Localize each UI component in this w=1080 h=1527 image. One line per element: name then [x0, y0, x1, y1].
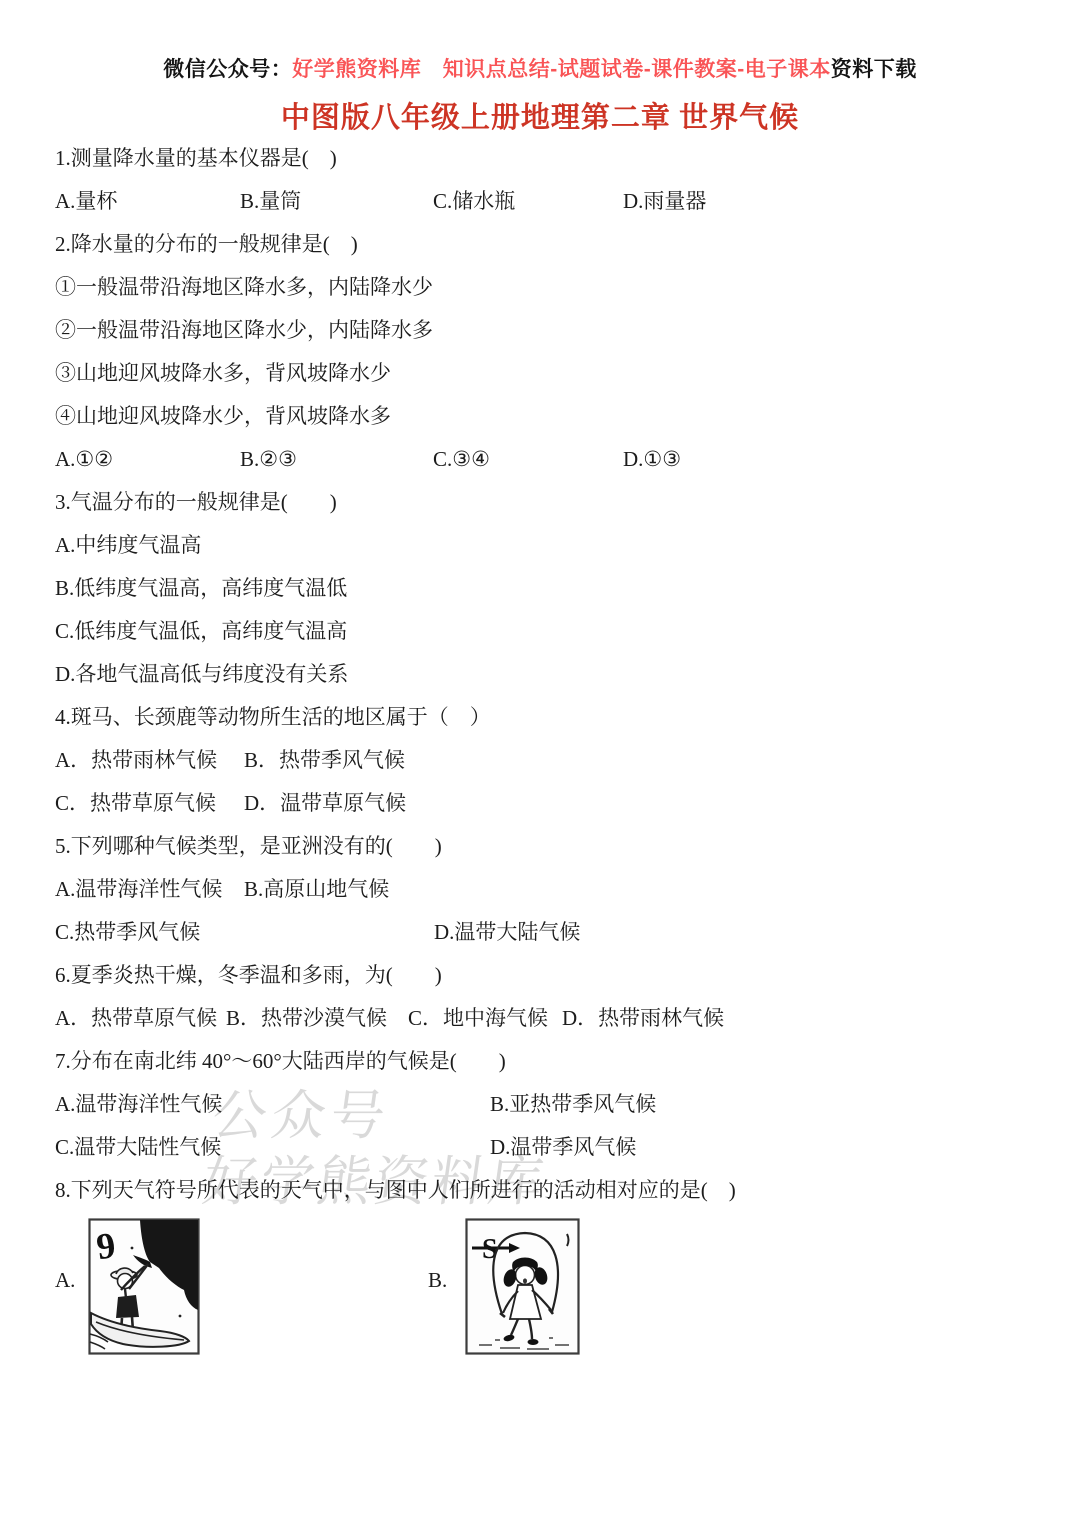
question-1-stem: 1.测量降水量的基本仪器是( ): [55, 137, 1055, 180]
question-2-stem: 2.降水量的分布的一般规律是( ): [55, 223, 1055, 266]
question-1-option-c: C.储水瓶: [433, 180, 515, 223]
question-5-option-c: C.热带季风气候: [55, 911, 200, 954]
question-5-option-a: A.温带海洋性气候: [55, 868, 222, 911]
question-3-stem: 3.气温分布的一般规律是( ): [55, 481, 1055, 524]
question-1-option-a: A.量杯: [55, 180, 117, 223]
question-7-option-d: D.温带季风气候: [490, 1126, 636, 1169]
question-6-stem: 6.夏季炎热干燥，冬季温和多雨，为( ): [55, 954, 1055, 997]
question-4-option-b: B．热带季风气候: [244, 739, 405, 782]
page-title: 中图版八年级上册地理第二章 世界气候: [0, 95, 1080, 136]
question-5-stem: 5.下列哪种气候类型，是亚洲没有的( ): [55, 825, 1055, 868]
figure-a-typhoon-symbol-boating-illustration: 9: [88, 1218, 200, 1355]
question-4-option-d: D．温带草原气候: [244, 782, 406, 825]
question-1-options-row: A.量杯 B.量筒 C.储水瓶 D.雨量器: [55, 180, 1055, 223]
question-3-option-a: A.中纬度气温高: [55, 524, 1055, 567]
sandstorm-weather-figure-svg: S: [465, 1218, 580, 1355]
question-3-option-c: C.低纬度气温低，高纬度气温高: [55, 610, 1055, 653]
promo-header-suffix: 资料下载: [831, 58, 917, 81]
question-4-options-row-1: A．热带雨林气候 B．热带季风气候: [55, 739, 1055, 782]
question-1-option-b: B.量筒: [240, 180, 301, 223]
question-4-option-a: A．热带雨林气候: [55, 739, 217, 782]
question-6-option-b: B．热带沙漠气候: [226, 997, 387, 1040]
question-3-option-d: D.各地气温高低与纬度没有关系: [55, 653, 1055, 696]
question-2-statement-3: ③山地迎风坡降水多，背风坡降水少: [55, 352, 1055, 395]
question-2-options-row: A.①② B.②③ C.③④ D.①③: [55, 438, 1055, 481]
question-7-option-c: C.温带大陆性气候: [55, 1126, 221, 1169]
question-list: 1.测量降水量的基本仪器是( ) A.量杯 B.量筒 C.储水瓶 D.雨量器 2…: [55, 137, 1055, 1212]
question-4-stem: 4.斑马、长颈鹿等动物所生活的地区属于（ ）: [55, 696, 1055, 739]
question-6-option-d: D．热带雨林气候: [562, 997, 724, 1040]
question-2-option-b: B.②③: [240, 438, 297, 481]
worksheet-page: 微信公众号：好学熊资料库 知识点总结-试题试卷-课件教案-电子课本资料下载 中图…: [0, 0, 1080, 1527]
question-8-figure-a-label: A.: [55, 1268, 75, 1293]
question-2-statement-1: ①一般温带沿海地区降水多，内陆降水少: [55, 266, 1055, 309]
question-1-option-d: D.雨量器: [623, 180, 706, 223]
figure-b-sandstorm-symbol-jump-rope-illustration: S: [465, 1218, 580, 1355]
question-6-option-a: A．热带草原气候: [55, 997, 217, 1040]
promo-header-red-text: 好学熊资料库 知识点总结-试题试卷-课件教案-电子课本: [292, 58, 830, 81]
typhoon-weather-figure-svg: 9: [88, 1218, 200, 1355]
question-6-option-c: C．地中海气候: [408, 997, 548, 1040]
question-7-options-row-1: A.温带海洋性气候 B.亚热带季风气候: [55, 1083, 1055, 1126]
question-3-option-b: B.低纬度气温高，高纬度气温低: [55, 567, 1055, 610]
question-5-options-row-2: C.热带季风气候 D.温带大陆气候: [55, 911, 1055, 954]
question-4-option-c: C．热带草原气候: [55, 782, 216, 825]
question-7-option-a: A.温带海洋性气候: [55, 1083, 222, 1126]
question-7-option-b: B.亚热带季风气候: [490, 1083, 656, 1126]
promo-header-prefix: 微信公众号：: [163, 58, 292, 81]
question-5-option-d: D.温带大陆气候: [434, 911, 580, 954]
question-5-options-row-1: A.温带海洋性气候 B.高原山地气候: [55, 868, 1055, 911]
question-4-options-row-2: C．热带草原气候 D．温带草原气候: [55, 782, 1055, 825]
question-7-stem: 7.分布在南北纬 40°～60°大陆西岸的气候是( ): [55, 1040, 1055, 1083]
question-2-option-a: A.①②: [55, 438, 113, 481]
question-2-option-d: D.①③: [623, 438, 681, 481]
question-2-option-c: C.③④: [433, 438, 490, 481]
question-2-statement-2: ②一般温带沿海地区降水少，内陆降水多: [55, 309, 1055, 352]
question-8-stem: 8.下列天气符号所代表的天气中，与图中人们所进行的活动相对应的是( ): [55, 1169, 1055, 1212]
promo-header: 微信公众号：好学熊资料库 知识点总结-试题试卷-课件教案-电子课本资料下载: [0, 53, 1080, 83]
question-2-statement-4: ④山地迎风坡降水少，背风坡降水多: [55, 395, 1055, 438]
question-6-options-row: A．热带草原气候 B．热带沙漠气候 C．地中海气候 D．热带雨林气候: [55, 997, 1055, 1040]
question-7-options-row-2: C.温带大陆性气候 D.温带季风气候: [55, 1126, 1055, 1169]
question-8-figure-b-label: B.: [428, 1268, 447, 1293]
question-5-option-b: B.高原山地气候: [244, 868, 389, 911]
